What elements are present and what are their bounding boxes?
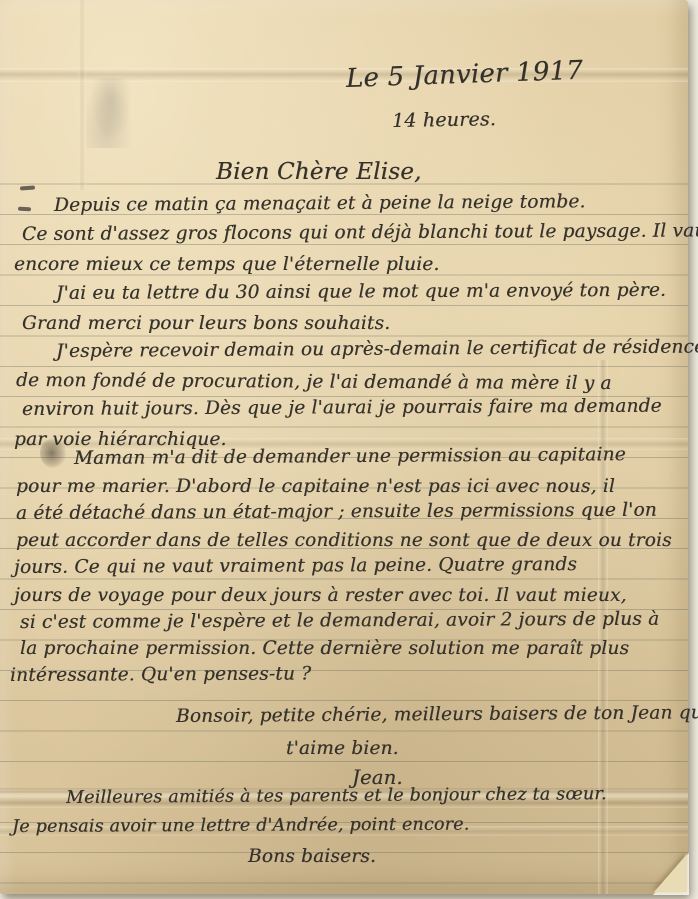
body-line: encore mieux ce temps que l'éternelle pl… (14, 254, 440, 275)
body-line: de mon fondé de procuration, je l'ai dem… (16, 370, 612, 394)
closing-line: t'aime bien. (286, 738, 399, 759)
postscript-line: Bons baisers. (248, 846, 376, 867)
salutation-line: Bien Chère Elise, (216, 159, 422, 185)
body-line: intéressante. Qu'en penses-tu ? (10, 663, 311, 686)
body-line: Depuis ce matin ça menaçait et à peine l… (54, 191, 586, 216)
body-line: Maman m'a dit de demander une permission… (74, 444, 626, 469)
body-line: Ce sont d'assez gros flocons qui ont déj… (22, 220, 698, 245)
body-line: jours. Ce qui ne vaut vraiment pas la pe… (14, 554, 577, 578)
body-line: J'ai eu ta lettre du 30 ainsi que le mot… (56, 280, 666, 304)
closing-line: Bonsoir, petite chérie, meilleurs baiser… (176, 702, 698, 727)
letter-paper: Le 5 Janvier 1917 14 heures. Bien Chère … (0, 0, 688, 894)
fold-crease-vertical-2 (78, 0, 86, 190)
body-line: si c'est comme je l'espère et le demande… (20, 609, 659, 633)
body-line: jours de voyage pour deux jours à rester… (14, 585, 627, 606)
postscript-line: Je pensais avoir une lettre d'Andrée, po… (12, 815, 470, 837)
folded-corner (654, 854, 687, 892)
body-line: a été détaché dans un état-major ; ensui… (16, 500, 657, 524)
body-line: Grand merci pour leurs bons souhaits. (22, 313, 390, 334)
margin-mark-1 (20, 185, 35, 190)
body-line: peut accorder dans de telles conditions … (16, 530, 672, 551)
postscript-line: Meilleures amitiés à tes parents et le b… (66, 784, 607, 808)
letter-scan: Le 5 Janvier 1917 14 heures. Bien Chère … (0, 0, 698, 899)
margin-mark-2 (18, 207, 31, 212)
body-line: la prochaine permission. Cette dernière … (20, 638, 629, 659)
body-line: pour me marier. D'abord le capitaine n'e… (16, 476, 615, 497)
body-line: environ huit jours. Dès que je l'aurai j… (22, 396, 662, 420)
date-line: Le 5 Janvier 1917 (345, 56, 583, 94)
body-line: J'espère recevoir demain ou après-demain… (56, 336, 698, 362)
time-line: 14 heures. (392, 108, 496, 132)
pencil-smudge (86, 78, 136, 148)
